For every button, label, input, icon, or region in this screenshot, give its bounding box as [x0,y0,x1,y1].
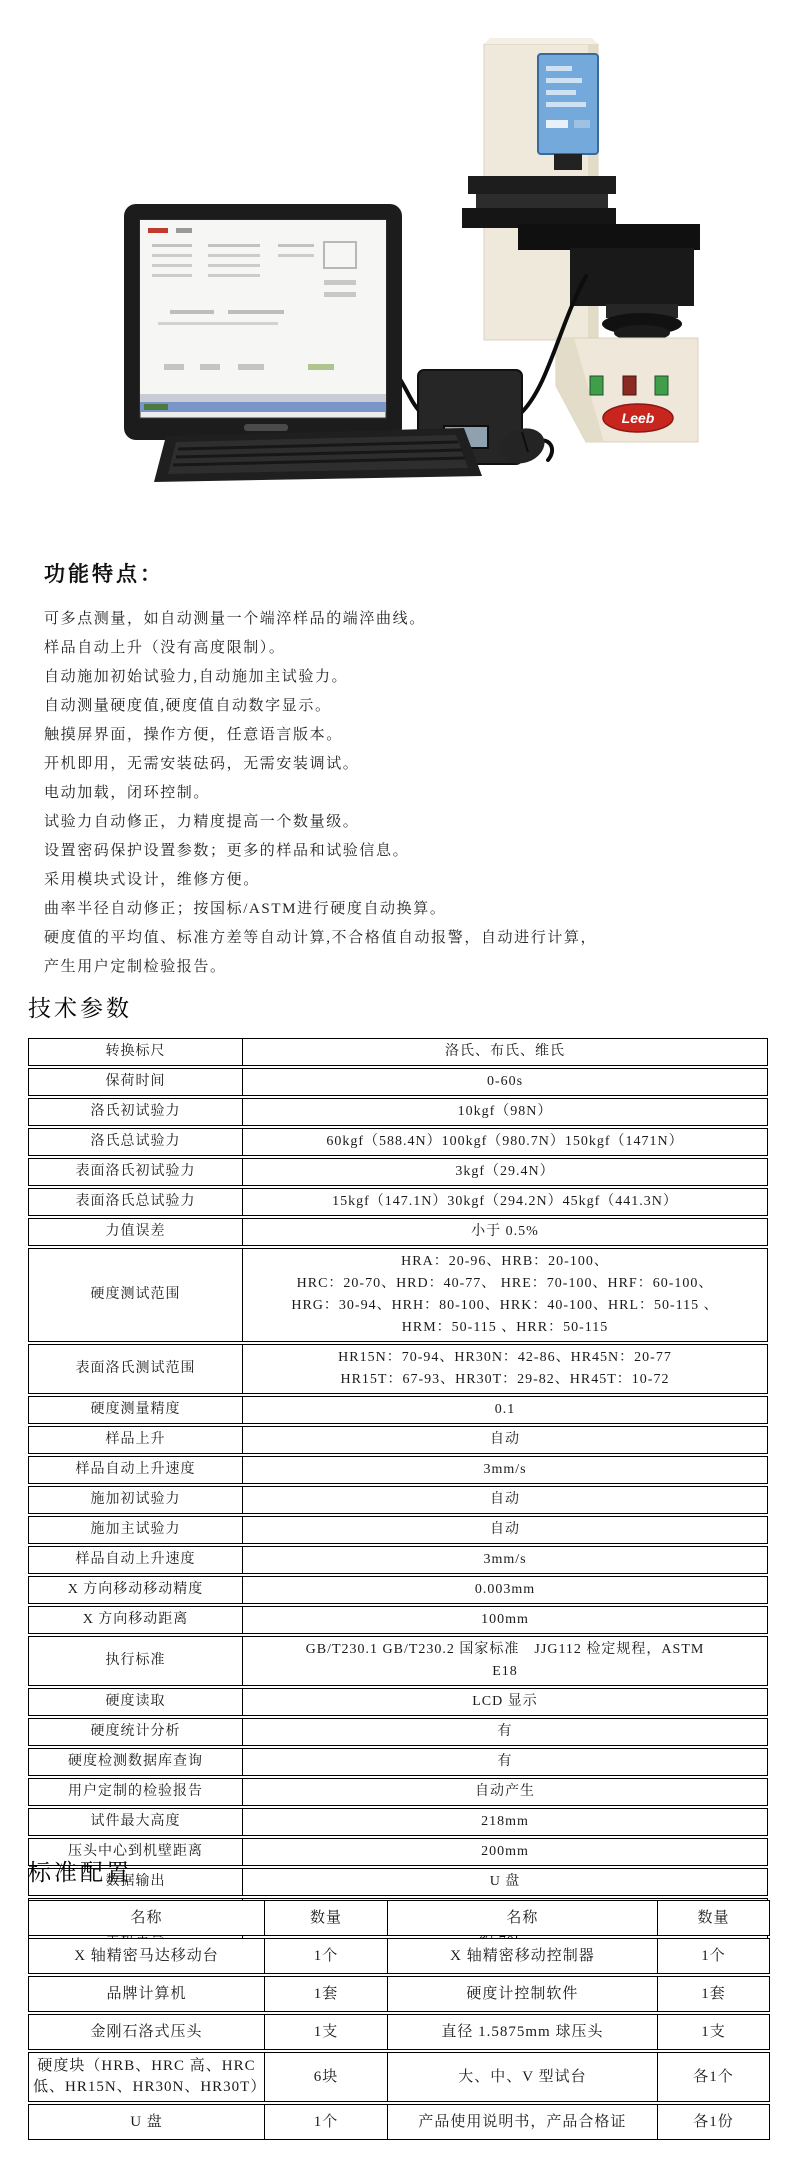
tech-row-value: 有 [243,1749,767,1775]
tech-row-value: 10kgf（98N） [243,1099,767,1125]
feature-line: 试验力自动修正，力精度提高一个数量级。 [44,808,760,837]
tech-row-value: 3mm/s [243,1547,767,1573]
config-cell: 1个 [658,1939,769,1973]
config-header-name-1: 名称 [29,1901,265,1935]
tech-row-label: 表面洛氏总试验力 [29,1189,243,1215]
tech-table-row: 试件最大高度218mm [28,1808,768,1836]
config-cell: 产品使用说明书，产品合格证 [388,2105,658,2139]
tech-params-title: 技术参数 [28,990,770,1023]
monitor-screen-content [140,220,386,412]
feature-line: 可多点测量，如自动测量一个端淬样品的端淬曲线。 [44,605,760,634]
tech-row-label: 硬度统计分析 [29,1719,243,1745]
tech-row-value: 3kgf（29.4N） [243,1159,767,1185]
tech-table-row: 样品自动上升速度3mm/s [28,1456,768,1484]
tech-table-row: 样品上升自动 [28,1426,768,1454]
config-cell: 1支 [658,2015,769,2049]
tech-table-row: 硬度测试范围HRA：20-96、HRB：20-100、 HRC：20-70、HR… [28,1248,768,1342]
monitor-brand-badge [244,424,288,431]
tech-table-row: 硬度检测数据库查询有 [28,1748,768,1776]
config-cell: U 盘 [29,2105,265,2139]
config-cell: 1套 [658,1977,769,2011]
config-table-row: 金刚石洛式压头1支直径 1.5875mm 球压头1支 [28,2014,770,2050]
power-buttons [590,376,668,395]
features-section: 功能特点： 可多点测量，如自动测量一个端淬样品的端淬曲线。样品自动上升（没有高度… [44,558,760,982]
config-table-row: X 轴精密马达移动台1个X 轴精密移动控制器1个 [28,1938,770,1974]
tech-row-label: 表面洛氏初试验力 [29,1159,243,1185]
features-title: 功能特点： [44,558,760,588]
tech-table-row: 表面洛氏总试验力15kgf（147.1N）30kgf（294.2N）45kgf（… [28,1188,768,1216]
tech-table-row: 洛氏初试验力10kgf（98N） [28,1098,768,1126]
tech-row-label: 力值误差 [29,1219,243,1245]
config-cell: 直径 1.5875mm 球压头 [388,2015,658,2049]
tech-row-value: 0.1 [243,1397,767,1423]
feature-line: 产生用户定制检验报告。 [44,953,760,982]
tech-row-label: 转换标尺 [29,1039,243,1065]
monitor [124,204,402,468]
config-cell: X 轴精密移动控制器 [388,1939,658,1973]
hardness-tester-photo: Leeb [118,28,700,490]
tech-params-table: 转换标尺洛氏、布氏、维氏保荷时间0-60s洛氏初试验力10kgf（98N）洛氏总… [28,1038,768,1956]
tech-row-value: 60kgf（588.4N）100kgf（980.7N）150kgf（1471N） [243,1129,767,1155]
config-title: 标准配置 [28,1854,772,1887]
tech-table-row: 用户定制的检验报告自动产生 [28,1778,768,1806]
product-photo: Leeb [118,28,700,490]
config-table-body: X 轴精密马达移动台1个X 轴精密移动控制器1个品牌计算机1套硬度计控制软件1套… [28,1938,770,2140]
tech-row-value: 小于 0.5% [243,1219,767,1245]
tech-table-row: 表面洛氏初试验力3kgf（29.4N） [28,1158,768,1186]
tech-row-label: 硬度测试范围 [29,1249,243,1341]
tech-row-label: 样品上升 [29,1427,243,1453]
config-cell: 硬度计控制软件 [388,1977,658,2011]
feature-line: 采用模块式设计，维修方便。 [44,866,760,895]
tech-row-label: 保荷时间 [29,1069,243,1095]
tech-table-row: 施加主试验力自动 [28,1516,768,1544]
tech-row-value: 洛氏、布氏、维氏 [243,1039,767,1065]
tech-table-row: 施加初试验力自动 [28,1486,768,1514]
tech-row-label: 试件最大高度 [29,1809,243,1835]
feature-line: 硬度值的平均值、标准方差等自动计算,不合格值自动报警，自动进行计算， [44,924,760,953]
tech-row-value: 218mm [243,1809,767,1835]
tech-table-row: 转换标尺洛氏、布氏、维氏 [28,1038,768,1066]
tech-table-row: 执行标准GB/T230.1 GB/T230.2 国家标准 JJG112 检定规程… [28,1636,768,1686]
tech-row-value: 有 [243,1719,767,1745]
tech-table-row: 硬度测量精度0.1 [28,1396,768,1424]
tech-row-label: 施加主试验力 [29,1517,243,1543]
feature-line: 曲率半径自动修正；按国标/ASTM进行硬度自动换算。 [44,895,760,924]
tech-row-value: LCD 显示 [243,1689,767,1715]
tech-row-label: X 方向移动移动精度 [29,1577,243,1603]
machine-display [538,54,598,170]
features-list: 可多点测量，如自动测量一个端淬样品的端淬曲线。样品自动上升（没有高度限制）。自动… [44,605,760,982]
tech-table-row: X 方向移动距离100mm [28,1606,768,1634]
config-cell: 硬度块（HRB、HRC 高、HRC 低、HR15N、HR30N、HR30T） [29,2053,265,2101]
config-cell: 金刚石洛式压头 [29,2015,265,2049]
tech-params-section: 技术参数 转换标尺洛氏、布氏、维氏保荷时间0-60s洛氏初试验力10kgf（98… [28,990,770,1958]
tech-row-label: 执行标准 [29,1637,243,1685]
tech-row-value: GB/T230.1 GB/T230.2 国家标准 JJG112 检定规程，AST… [243,1637,767,1685]
tech-table-row: 洛氏总试验力60kgf（588.4N）100kgf（980.7N）150kgf（… [28,1128,768,1156]
tech-row-label: 洛氏总试验力 [29,1129,243,1155]
tech-row-value: 3mm/s [243,1457,767,1483]
tech-row-value: HRA：20-96、HRB：20-100、 HRC：20-70、HRD：40-7… [243,1249,767,1341]
config-table-row: 硬度块（HRB、HRC 高、HRC 低、HR15N、HR30N、HR30T）6块… [28,2052,770,2102]
config-section: 标准配置 名称 数量 名称 数量 X 轴精密马达移动台1个X 轴精密移动控制器1… [28,1854,772,2142]
config-cell: 6块 [265,2053,388,2101]
feature-line: 设置密码保护设置参数；更多的样品和试验信息。 [44,837,760,866]
tech-row-value: 自动产生 [243,1779,767,1805]
tech-row-label: 硬度检测数据库查询 [29,1749,243,1775]
config-cell: 大、中、V 型试台 [388,2053,658,2101]
tech-row-label: 用户定制的检验报告 [29,1779,243,1805]
feature-line: 样品自动上升（没有高度限制）。 [44,634,760,663]
config-header-qty-2: 数量 [658,1901,769,1935]
tech-row-label: 样品自动上升速度 [29,1457,243,1483]
config-table-header: 名称 数量 名称 数量 [28,1900,770,1936]
config-cell: X 轴精密马达移动台 [29,1939,265,1973]
config-cell: 各1个 [658,2053,769,2101]
config-header-qty-1: 数量 [265,1901,388,1935]
tech-row-value: 15kgf（147.1N）30kgf（294.2N）45kgf（441.3N） [243,1189,767,1215]
tech-row-value: 自动 [243,1487,767,1513]
tech-row-value: 0-60s [243,1069,767,1095]
config-cell: 各1份 [658,2105,769,2139]
config-table-row: 品牌计算机1套硬度计控制软件1套 [28,1976,770,2012]
tech-row-label: 洛氏初试验力 [29,1099,243,1125]
tech-row-label: 施加初试验力 [29,1487,243,1513]
feature-line: 触摸屏界面，操作方便，任意语言版本。 [44,721,760,750]
tech-row-value: 自动 [243,1427,767,1453]
feature-line: 自动测量硬度值,硬度值自动数字显示。 [44,692,760,721]
config-table-row: U 盘1个产品使用说明书，产品合格证各1份 [28,2104,770,2140]
tech-row-value: HR15N：70-94、HR30N：42-86、HR45N：20-77 HR15… [243,1345,767,1393]
tech-table-row: 力值误差小于 0.5% [28,1218,768,1246]
config-cell: 1个 [265,1939,388,1973]
tech-row-value: 0.003mm [243,1577,767,1603]
keyboard [154,428,482,482]
tech-row-value: 100mm [243,1607,767,1633]
tech-table-row: 硬度统计分析有 [28,1718,768,1746]
config-table: 名称 数量 名称 数量 X 轴精密马达移动台1个X 轴精密移动控制器1个品牌计算… [28,1900,770,2140]
tech-row-label: 硬度读取 [29,1689,243,1715]
product-page: Leeb [0,0,800,2173]
config-cell: 品牌计算机 [29,1977,265,2011]
tech-table-row: 硬度读取LCD 显示 [28,1688,768,1716]
tech-row-label: 表面洛氏测试范围 [29,1345,243,1393]
config-cell: 1个 [265,2105,388,2139]
tech-row-label: X 方向移动距离 [29,1607,243,1633]
config-header-name-2: 名称 [388,1901,658,1935]
machine-base: Leeb [556,338,698,442]
tech-row-value: 自动 [243,1517,767,1543]
feature-line: 电动加载，闭环控制。 [44,779,760,808]
tech-table-row: X 方向移动移动精度0.003mm [28,1576,768,1604]
leeb-logo: Leeb [603,404,673,432]
config-cell: 1套 [265,1977,388,2011]
tech-table-row: 保荷时间0-60s [28,1068,768,1096]
tech-row-label: 硬度测量精度 [29,1397,243,1423]
tech-table-row: 表面洛氏测试范围HR15N：70-94、HR30N：42-86、HR45N：20… [28,1344,768,1394]
tech-row-label: 样品自动上升速度 [29,1547,243,1573]
config-cell: 1支 [265,2015,388,2049]
leeb-logo-text: Leeb [622,410,655,426]
tech-table-row: 样品自动上升速度3mm/s [28,1546,768,1574]
feature-line: 开机即用，无需安装砝码，无需安装调试。 [44,750,760,779]
feature-line: 自动施加初始试验力,自动施加主试验力。 [44,663,760,692]
